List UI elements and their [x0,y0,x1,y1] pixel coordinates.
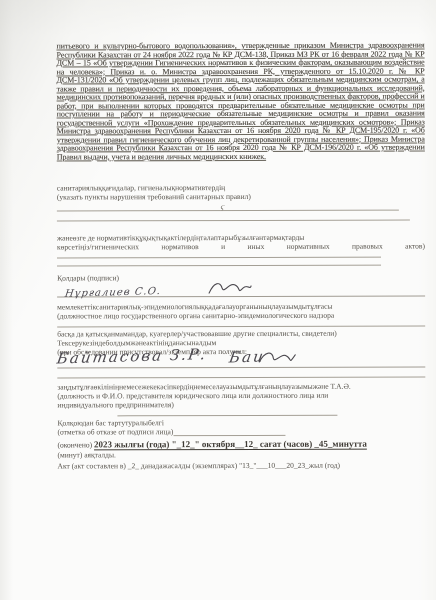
other-acts-note-ru: көрсетіңіз/гигиенических нормативов и ин… [57,242,425,252]
handwritten-official-name: Нұрғалиев С.О. [64,286,162,300]
blank-line [57,377,425,379]
pen-mark: ϛ [221,202,226,211]
refusal-note-ru-text: (отметка об отказе от подписи лица) [57,427,173,436]
completion-prefix: (окончено) [57,440,92,449]
scanned-document-page: питьевого и культурно-бытового водопольз… [0,0,436,600]
representative-position-ru-2: индивидуального предпринимателя) [57,400,425,410]
completion-value: 2023 жылғы (года) "_12_" октября__12_ са… [94,439,367,450]
blank-line [57,257,381,259]
refusal-note-ru: (отметка об отказе от подписи лица) [57,427,425,437]
official-signature-row: Нұрғалиев С.О. [57,282,425,298]
official-position-ru: (должностное лицо государственного орган… [57,311,425,321]
document-content: питьевого и культурно-бытового водопольз… [56,42,425,471]
recipient-signature-row: (при обследовании присутствовал/экземпля… [57,347,425,369]
blank-line [57,220,410,222]
blank-line [57,326,425,328]
recipient-signature [257,349,297,367]
handwritten-recipient-name: Байтасова З.Р. [56,345,209,367]
completion-suffix: (минут) аяқталды. [58,450,426,460]
blank-line [57,265,381,267]
act-copies-line: Акт (акт составлен в) _2_ данадажасалды … [58,461,426,471]
legal-basis-paragraph: питьевого и культурно-бытового водопольз… [56,42,424,162]
blank-underscore [173,428,285,436]
violations-note-ru: (указать пункты нарушения требований сан… [57,192,425,202]
blank-line: ϛ [57,210,399,212]
official-signature [207,279,253,297]
blank-line [117,415,337,417]
